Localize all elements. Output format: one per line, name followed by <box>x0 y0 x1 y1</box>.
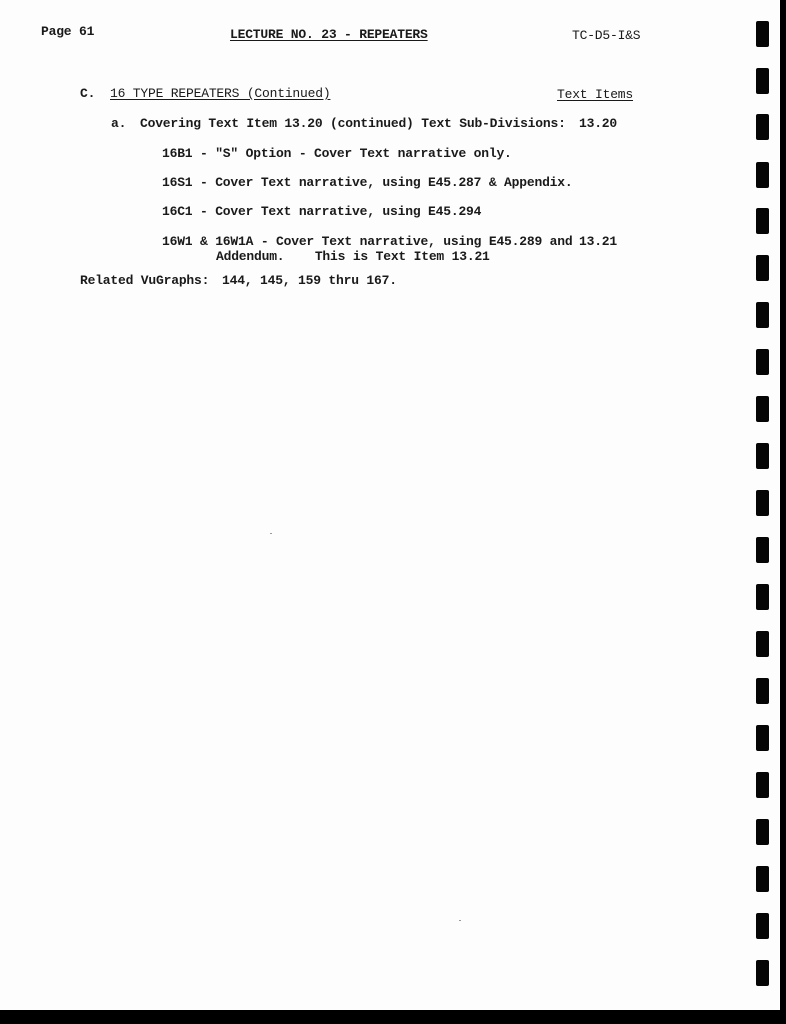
list-item-text-item: 13.21 <box>579 234 617 249</box>
binding-hole <box>756 537 769 563</box>
related-vugraphs-label: Related VuGraphs: <box>80 273 209 288</box>
scan-edge-bottom <box>0 1010 786 1024</box>
section-letter: C. <box>80 86 95 101</box>
binding-hole <box>756 349 769 375</box>
binding-hole <box>756 960 769 986</box>
document-code: TC-D5-I&S <box>572 28 640 43</box>
scan-speck <box>270 533 272 534</box>
binding-hole <box>756 208 769 234</box>
section-title: 16 TYPE REPEATERS (Continued) <box>110 86 330 101</box>
binding-hole <box>756 584 769 610</box>
binding-hole <box>756 21 769 47</box>
binding-hole <box>756 255 769 281</box>
page-number: Page 61 <box>41 24 94 39</box>
binding-hole <box>756 678 769 704</box>
lecture-title: LECTURE NO. 23 - REPEATERS <box>230 27 428 42</box>
binding-hole <box>756 302 769 328</box>
binding-hole <box>756 725 769 751</box>
binding-hole <box>756 913 769 939</box>
list-item: 16W1 & 16W1A - Cover Text narrative, usi… <box>162 234 572 249</box>
list-item: 16B1 - "S" Option - Cover Text narrative… <box>162 146 512 161</box>
binding-hole <box>756 631 769 657</box>
subsection-text: Covering Text Item 13.20 (continued) Tex… <box>140 116 566 131</box>
binding-hole <box>756 443 769 469</box>
document-page: Page 61 LECTURE NO. 23 - REPEATERS TC-D5… <box>0 0 780 1010</box>
binding-hole <box>756 866 769 892</box>
list-item-continuation: Addendum. This is Text Item 13.21 <box>216 249 490 264</box>
related-vugraphs-value: 144, 145, 159 thru 167. <box>222 273 397 288</box>
binding-hole <box>756 114 769 140</box>
binding-hole <box>756 490 769 516</box>
binding-hole <box>756 162 769 188</box>
scan-edge-right <box>780 0 786 1024</box>
list-item: 16C1 - Cover Text narrative, using E45.2… <box>162 204 481 219</box>
binding-hole <box>756 68 769 94</box>
scan-speck <box>459 920 461 921</box>
list-item: 16S1 - Cover Text narrative, using E45.2… <box>162 175 572 190</box>
binding-hole <box>756 772 769 798</box>
text-items-column-header: Text Items <box>557 87 633 102</box>
subsection-letter: a. <box>111 116 126 131</box>
binding-hole <box>756 819 769 845</box>
binding-hole <box>756 396 769 422</box>
subsection-text-item: 13.20 <box>579 116 617 131</box>
